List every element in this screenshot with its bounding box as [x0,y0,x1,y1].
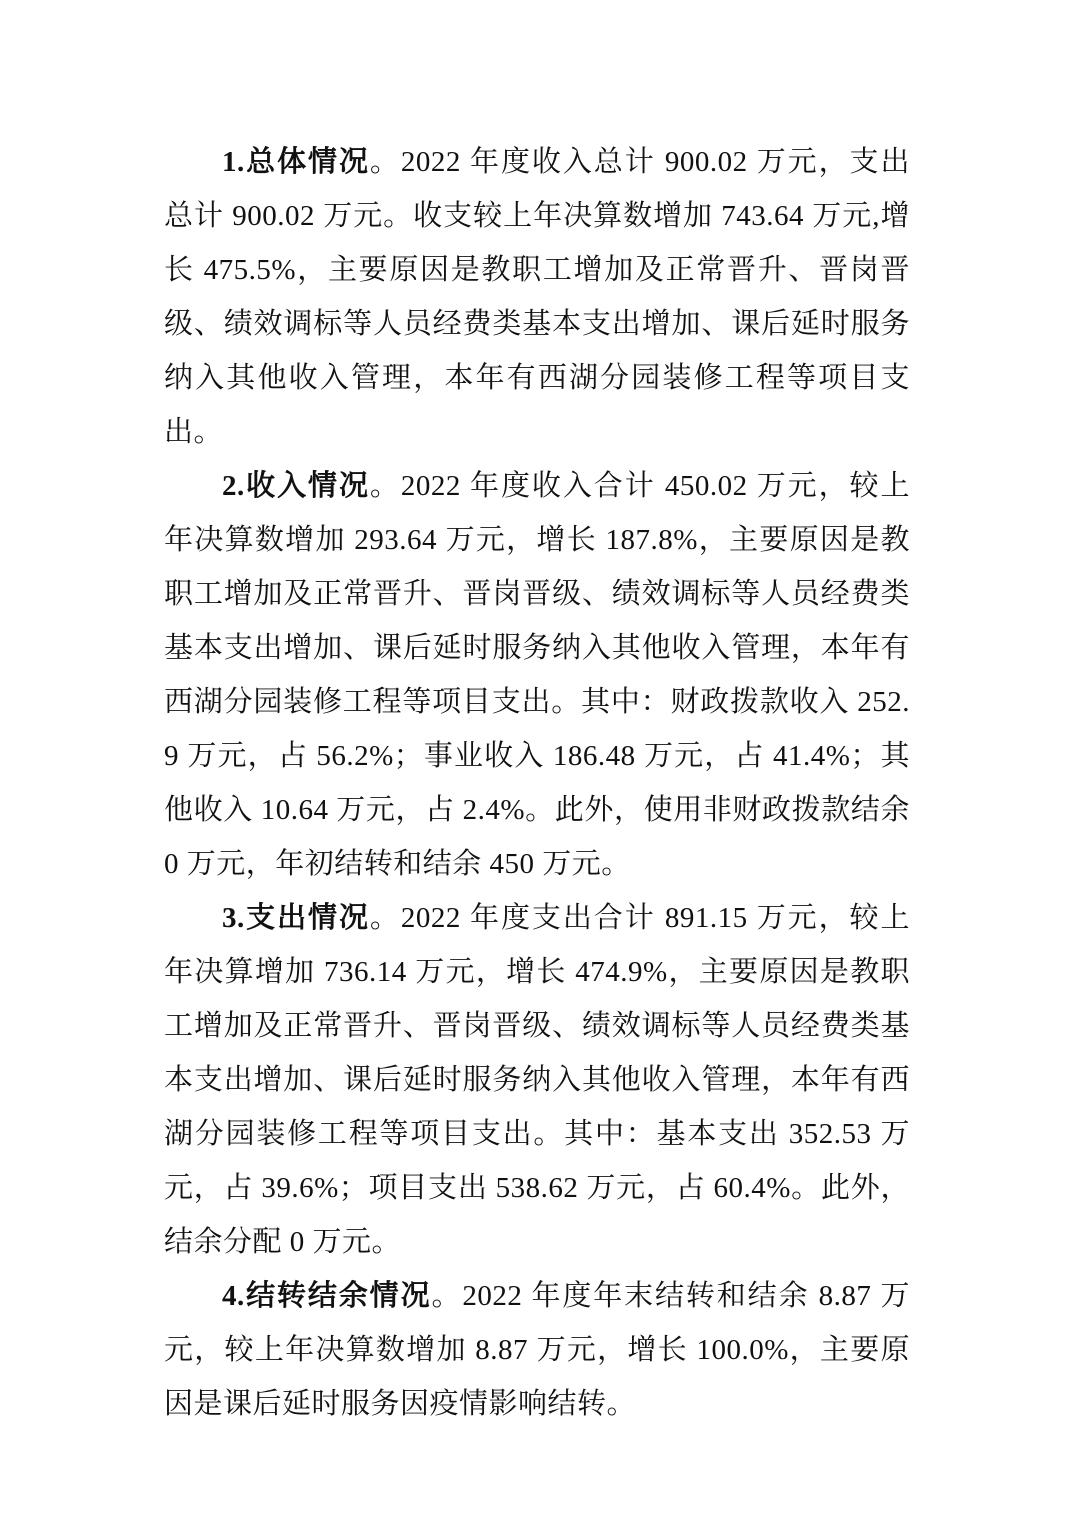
paragraph-income-heading: 2.收入情况 [222,470,370,502]
report-body: 1.总体情况。2022 年度收入总计 900.02 万元，支出总计 900.02… [164,135,910,1431]
paragraph-carryover-balance-situation: 4.结转结余情况。2022 年度年末结转和结余 8.87 万元，较上年决算数增加… [164,1269,910,1431]
document-page: 1.总体情况。2022 年度收入总计 900.02 万元，支出总计 900.02… [0,0,1074,1520]
paragraph-expenditure-text: 。2022 年度支出合计 891.15 万元，较上年决算增加 736.14 万元… [164,902,910,1258]
paragraph-overall-text: 。2022 年度收入总计 900.02 万元，支出总计 900.02 万元。收支… [164,146,910,448]
paragraph-income-text: 。2022 年度收入合计 450.02 万元，较上年决算数增加 293.64 万… [164,470,910,880]
paragraph-income-situation: 2.收入情况。2022 年度收入合计 450.02 万元，较上年决算数增加 29… [164,459,910,891]
paragraph-overall-situation: 1.总体情况。2022 年度收入总计 900.02 万元，支出总计 900.02… [164,135,910,459]
paragraph-overall-heading: 1.总体情况 [222,146,370,178]
paragraph-expenditure-heading: 3.支出情况 [222,902,370,934]
paragraph-carryover-heading: 4.结转结余情况 [222,1280,431,1312]
paragraph-expenditure-situation: 3.支出情况。2022 年度支出合计 891.15 万元，较上年决算增加 736… [164,891,910,1269]
